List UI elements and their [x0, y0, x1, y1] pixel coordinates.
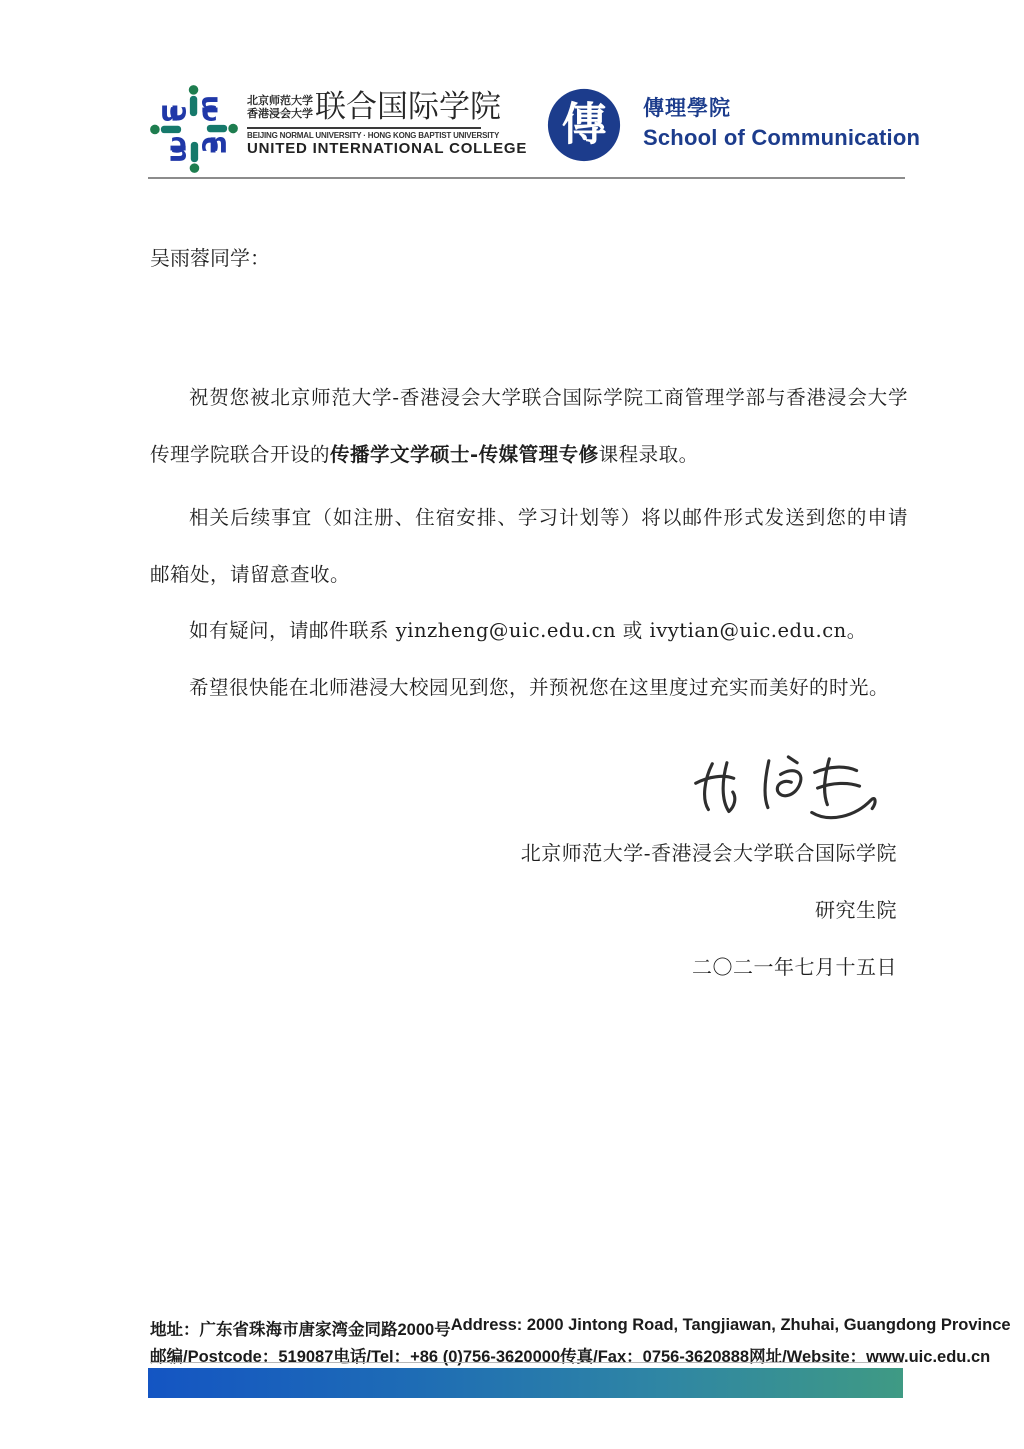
footer-tel: 电话/Tel：+86 (0)756-3620000 [333, 1343, 560, 1367]
paragraph-admission: 祝贺您被北京师范大学-香港浸会大学联合国际学院工商管理学部与香港浸会大学传理学院… [150, 369, 908, 483]
uic-logo-text: 北京师范大学 香港浸会大学 联合国际学院 BEIJING NORMAL UNIV… [247, 82, 527, 157]
footer-address-en: Address: 2000 Jintong Road, Tangjiawan, … [451, 1316, 1011, 1340]
header-divider [148, 177, 905, 179]
svg-text:u: u [195, 95, 228, 115]
footer-fax: 传真/Fax：0756-3620888 [560, 1343, 749, 1367]
uic-logo-divider [247, 127, 481, 129]
soc-emblem-icon: 傳 [545, 86, 623, 164]
paragraph-admission-tail: 课程录取。 [599, 443, 699, 466]
uic-cn-university-2: 香港浸会大学 [247, 108, 313, 121]
uic-logo: u c u c u c u c [148, 82, 527, 176]
footer-address-cn: 地址：广东省珠海市唐家湾金同路2000号 [150, 1316, 451, 1340]
uic-pinwheel-logo-icon: u c u c u c u c [148, 82, 240, 176]
uic-cn-college-title: 联合国际学院 [315, 90, 501, 124]
soc-en-title: School of Communication [643, 122, 920, 154]
paragraph-contact: 如有疑问，请邮件联系 yinzheng@uic.edu.cn 或 ivytian… [150, 602, 908, 659]
salutation: 吴雨蓉同学： [150, 243, 270, 273]
footer-website: 网址/Website：www.uic.edu.cn [749, 1343, 990, 1367]
programme-name: 传播学文学硕士-传媒管理专修 [330, 443, 599, 466]
paragraph-followup: 相关后续事宜（如注册、住宿安排、学习计划等）将以邮件形式发送到您的申请邮箱处，请… [150, 489, 908, 603]
footer-divider [150, 1362, 903, 1363]
signoff-organization: 北京师范大学-香港浸会大学联合国际学院 [150, 825, 897, 882]
footer-contact-line: 邮编/Postcode：519087 电话/Tel：+86 (0)756-362… [150, 1343, 903, 1367]
footer-postcode: 邮编/Postcode：519087 [150, 1343, 333, 1367]
school-of-communication-logo: 傳 傳理學院 School of Communication [545, 86, 920, 164]
svg-text:u: u [208, 130, 228, 163]
signature-handwriting [685, 748, 880, 836]
paragraph-wishes: 希望很快能在北师港浸大校园见到您，并预祝您在这里度过充实而美好的时光。 [150, 659, 908, 716]
soc-cn-title: 傳理學院 [643, 96, 920, 122]
uic-en-universities: BEIJING NORMAL UNIVERSITY · HONG KONG BA… [247, 131, 527, 140]
uic-cn-university-1: 北京师范大学 [247, 95, 313, 108]
footer-address-line: 地址：广东省珠海市唐家湾金同路2000号 Address: 2000 Jinto… [150, 1316, 903, 1340]
admission-letter-page: u c u c u c u c [0, 0, 1024, 1449]
signoff-block: 北京师范大学-香港浸会大学联合国际学院 研究生院 二〇二一年七月十五日 [150, 825, 897, 996]
svg-text:u: u [160, 143, 193, 163]
signoff-department: 研究生院 [150, 882, 897, 939]
svg-text:傳: 傳 [562, 98, 607, 151]
uic-en-college-title: UNITED INTERNATIONAL COLLEGE [247, 140, 527, 157]
footer-gradient-bar [148, 1368, 903, 1398]
svg-text:c: c [160, 105, 193, 121]
signoff-date: 二〇二一年七月十五日 [150, 939, 897, 996]
